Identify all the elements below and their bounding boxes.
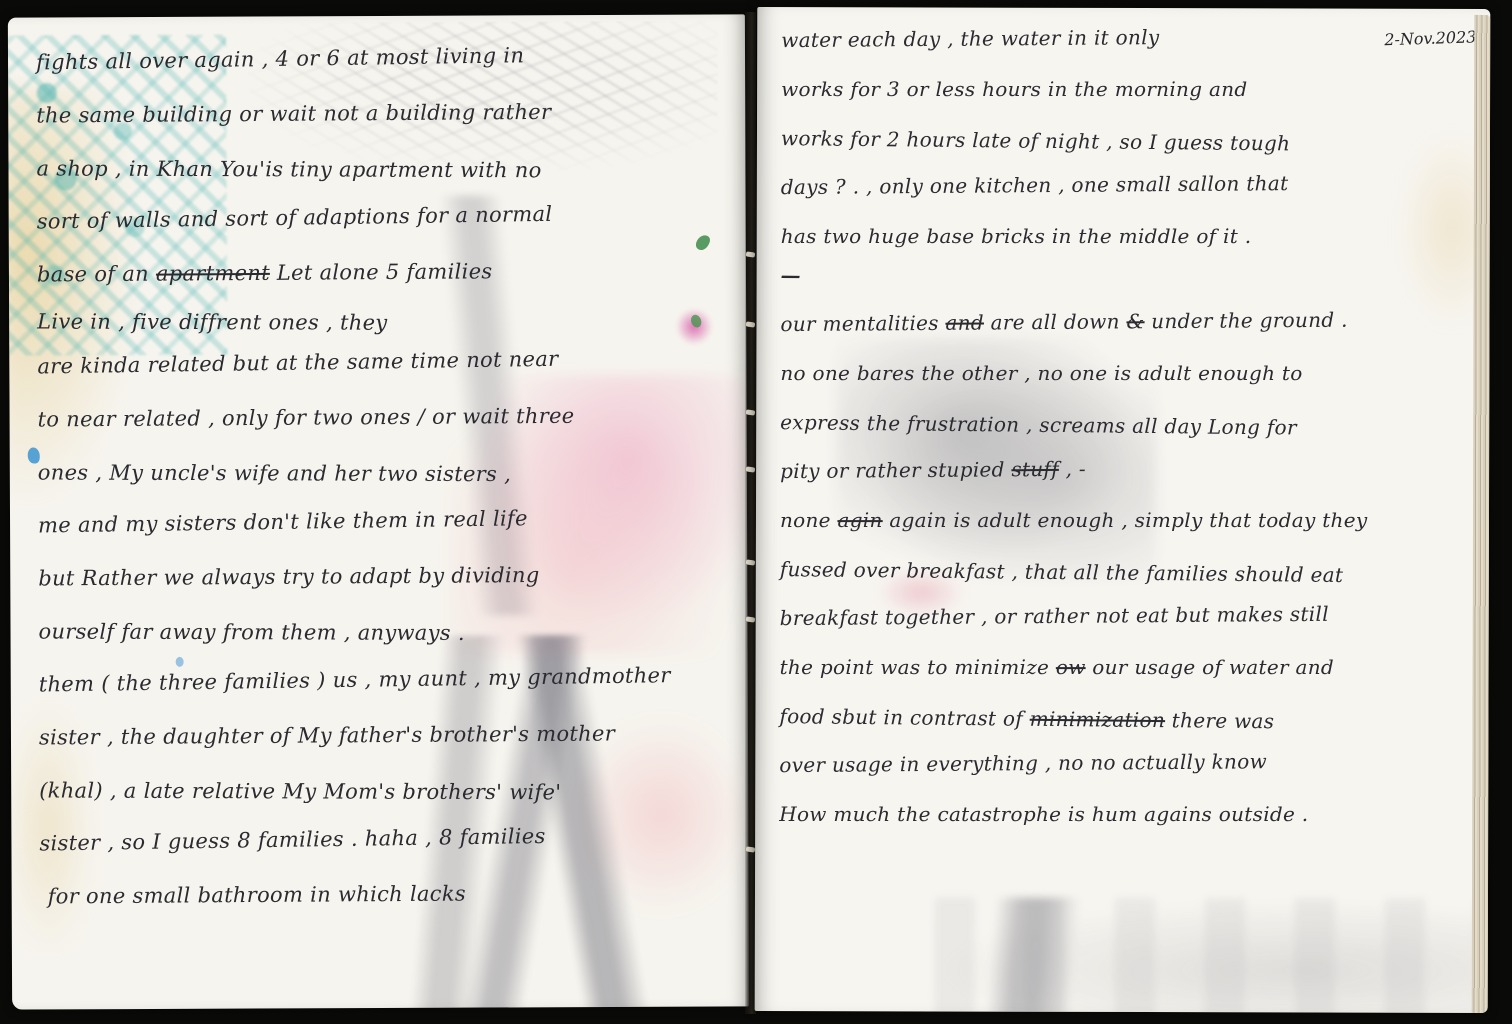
- handwritten-line: the point was to minimize ow our usage o…: [780, 656, 1480, 679]
- notebook-scan: fights all over again , 4 or 6 at most l…: [0, 0, 1512, 1024]
- binding-stitch: [746, 559, 756, 565]
- binding-stitch: [746, 846, 756, 852]
- handwritten-line: sister , the daughter of My father's bro…: [39, 722, 729, 750]
- handwritten-line: sort of walls and sort of adaptions for …: [37, 200, 727, 233]
- handwritten-line: are kinda related but at the same time n…: [37, 345, 727, 378]
- handwritten-line: for one small bathroom in which lacks: [48, 881, 730, 909]
- right-page-text: water each day , the water in it only wo…: [779, 29, 1481, 854]
- handwritten-line: fussed over breakfast , that all the fam…: [780, 558, 1480, 588]
- handwritten-line: days ? . , only one kitchen , one small …: [781, 171, 1481, 199]
- binding-stitch: [746, 251, 756, 257]
- handwritten-line: over usage in everything , no no actuall…: [779, 749, 1479, 777]
- handwritten-line: has two huge base bricks in the middle o…: [781, 225, 1481, 248]
- handwritten-line: fights all over again , 4 or 6 at most l…: [36, 41, 726, 74]
- handwritten-line: the same building or wait not a building…: [36, 100, 726, 128]
- handwritten-line: sister , so I guess 8 families . haha , …: [39, 822, 729, 855]
- handwritten-line: express the frustration , screams all da…: [780, 411, 1480, 441]
- handwritten-line: ourself far away from them , anyways .: [38, 620, 728, 645]
- handwritten-line: none agin again is adult enough , simply…: [780, 509, 1480, 532]
- handwritten-line: works for 2 hours late of night , so I g…: [781, 127, 1481, 157]
- handwritten-line: a shop , in Khan You'is tiny apartment w…: [36, 157, 726, 182]
- handwritten-line: breakfast together , or rather not eat b…: [780, 602, 1480, 630]
- binding-stitch: [746, 409, 756, 415]
- handwritten-dash: —: [780, 264, 1480, 294]
- handwritten-line: but Rather we always try to adapt by div…: [38, 563, 728, 591]
- handwritten-line: (khal) , a late relative My Mom's brothe…: [39, 779, 729, 804]
- gray-smudge-bottom: [935, 898, 1491, 1013]
- handwritten-line: base of an apartment Let alone 5 familie…: [37, 259, 727, 287]
- left-page: fights all over again , 4 or 6 at most l…: [8, 14, 749, 1009]
- handwritten-line: How much the catastrophe is hum agains o…: [779, 803, 1479, 826]
- handwritten-line: Live in , five diffrent ones , they: [37, 310, 727, 335]
- handwritten-line: water each day , the water in it only: [781, 24, 1481, 52]
- right-page: 2-Nov.2023 water each day , the water in…: [755, 7, 1491, 1013]
- handwritten-line: no one bares the other , no one is adult…: [780, 362, 1480, 385]
- handwritten-line: ones , My uncle's wife and her two siste…: [38, 461, 728, 486]
- handwritten-line: them ( the three families ) us , my aunt…: [39, 663, 729, 696]
- handwritten-line: works for 3 or less hours in the morning…: [781, 78, 1481, 101]
- handwritten-line: me and my sisters don't like them in rea…: [38, 504, 728, 537]
- handwritten-line: our mentalities and are all down & under…: [780, 308, 1480, 336]
- handwritten-line: food sbut in contrast of minimization th…: [779, 705, 1479, 735]
- binding-stitch: [746, 321, 756, 327]
- handwritten-line: pity or rather stupied stuff , -: [780, 455, 1480, 483]
- handwritten-line: to near related , only for two ones / or…: [38, 404, 728, 432]
- left-page-text: fights all over again , 4 or 6 at most l…: [36, 48, 730, 938]
- binding-stitch: [746, 616, 756, 622]
- page-edge-stack: [1472, 15, 1491, 1013]
- binding-stitch: [746, 466, 756, 472]
